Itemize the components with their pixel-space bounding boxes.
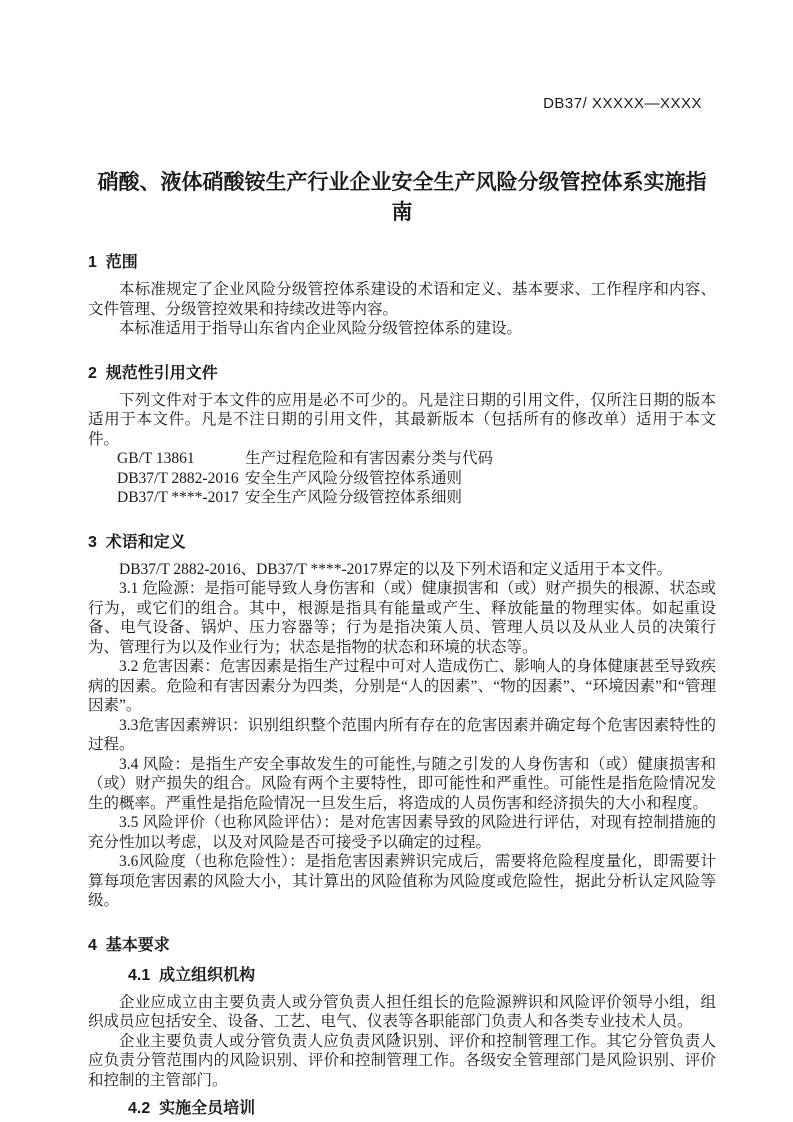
section-4-2-heading: 4.2 实施全员培训: [88, 1098, 716, 1120]
reference-title: 安全生产风险分级管控体系细则: [245, 489, 462, 506]
section-3-intro: DB37/T 2882-2016、DB37/T ****-2017界定的以及下列…: [88, 560, 716, 580]
reference-title: 安全生产风险分级管控体系通则: [245, 470, 462, 487]
reference-code: DB37/T ****-2017: [117, 488, 245, 508]
section-1-paragraph: 本标准适用于指导山东省内企业风险分级管控体系的建设。: [88, 319, 716, 339]
section-4-1-heading: 4.1 成立组织机构: [88, 965, 716, 987]
reference-code: GB/T 13861: [117, 449, 245, 469]
reference-item: DB37/T ****-2017安全生产风险分级管控体系细则: [88, 488, 716, 508]
section-2-heading: 2 规范性引用文件: [88, 363, 716, 385]
term-definition-3-4: 3.4 风险：是指生产安全事故发生的可能性,与随之引发的人身伤害和（或）健康损害…: [88, 755, 716, 814]
document-title: 硝酸、液体硝酸铵生产行业企业安全生产风险分级管控体系实施指南: [88, 168, 716, 228]
term-definition-3-1: 3.1 危险源：是指可能导致人身伤害和（或）健康损害和（或）财产损失的根源、状态…: [88, 579, 716, 657]
reference-item: GB/T 13861生产过程危险和有害因素分类与代码: [88, 449, 716, 469]
term-definition-3-2: 3.2 危害因素：危害因素是指生产过程中可对人造成伤亡、影响人的身体健康甚至导致…: [88, 657, 716, 716]
term-definition-3-6: 3.6风险度（也称危险性）：是指危害因素辨识完成后，需要将危险程度量化，即需要计…: [88, 852, 716, 911]
reference-item: DB37/T 2882-2016安全生产风险分级管控体系通则: [88, 469, 716, 489]
page-number: 1: [0, 1030, 793, 1046]
standard-code-header: DB37/ XXXXX—XXXX: [88, 96, 702, 112]
section-1-heading: 1 范围: [88, 252, 716, 274]
section-4-heading: 4 基本要求: [88, 935, 716, 957]
section-2-paragraph: 下列文件对于本文件的应用是必不可少的。凡是注日期的引用文件，仅所注日期的版本适用…: [88, 391, 716, 450]
term-definition-3-5: 3.5 风险评价（也称风险评估）：是对危害因素导致的风险进行评估，对现有控制措施…: [88, 813, 716, 852]
term-definition-3-3: 3.3危害因素辨识：识别组织整个范围内所有存在的危害因素并确定每个危害因素特性的…: [88, 716, 716, 755]
section-3-heading: 3 术语和定义: [88, 532, 716, 554]
section-1-paragraph: 本标准规定了企业风险分级管控体系建设的术语和定义、基本要求、工作程序和内容、文件…: [88, 280, 716, 319]
reference-title: 生产过程危险和有害因素分类与代码: [245, 450, 493, 467]
document-page: DB37/ XXXXX—XXXX 硝酸、液体硝酸铵生产行业企业安全生产风险分级管…: [0, 0, 793, 1122]
reference-code: DB37/T 2882-2016: [117, 469, 245, 489]
section-4-1-paragraph: 企业应成立由主要负责人或分管负责人担任组长的危险源辨识和风险评价领导小组，组织成…: [88, 993, 716, 1032]
